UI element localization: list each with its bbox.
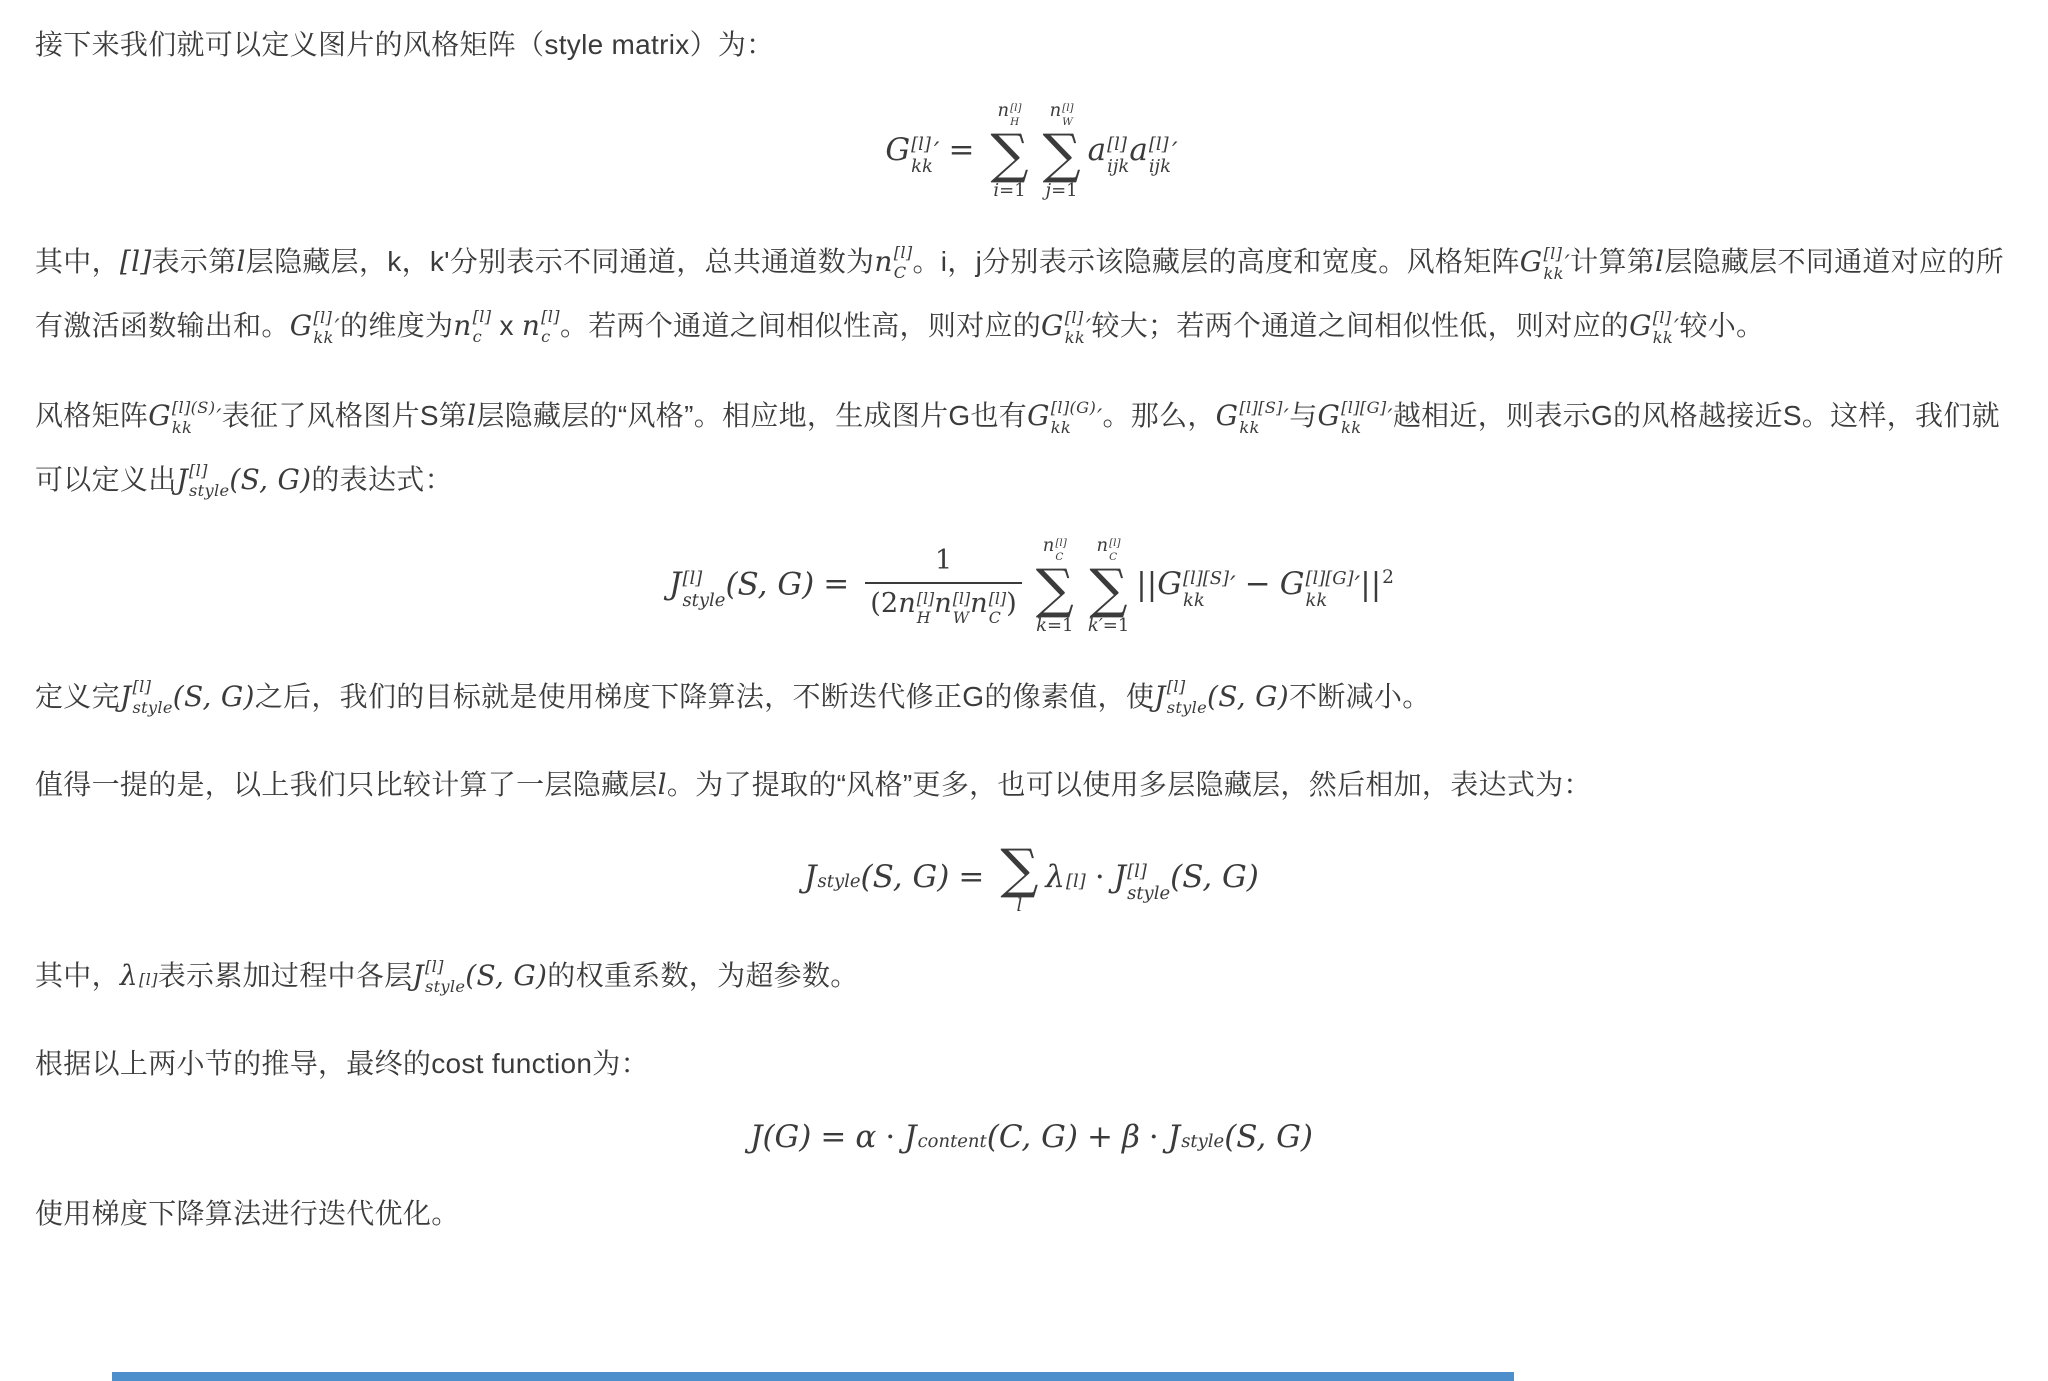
math-var-base: J <box>1168 1122 1180 1153</box>
math-script-stack: [l]W <box>953 591 970 627</box>
sigma-symbol: ∑ <box>1090 565 1128 614</box>
text-run: 风格矩阵 <box>35 400 148 431</box>
math-script-stack: [l]H <box>917 591 934 627</box>
math-number: =1 <box>999 182 1026 201</box>
intro-style-matrix-paragraph: 接下来我们就可以定义图片的风格矩阵（style matrix）为： <box>35 14 2028 76</box>
text-run: 根据以上两小节的推导，最终的cost function为： <box>35 1048 649 1079</box>
math-var: J[l]style <box>177 449 230 511</box>
math-sup: [l][G] <box>1341 400 1386 416</box>
math-script-stack: [l]C <box>989 591 1006 627</box>
text-run: 的表达式： <box>311 464 453 495</box>
math-prime: ′ <box>1230 574 1236 599</box>
math-sub: kk <box>313 330 333 346</box>
math-script-stack: [l][S]kk <box>1239 400 1282 436</box>
math-identifier: l <box>237 245 246 278</box>
math-var-base: G <box>1520 231 1543 293</box>
math-sub: content <box>918 1133 987 1151</box>
math-sup: [l] <box>1653 310 1672 326</box>
math-var-base: J <box>1154 666 1166 728</box>
math-superscript: 2 <box>1382 567 1394 588</box>
summation-lower-limit: i=1 <box>993 182 1025 201</box>
math-script-stack: [l]ijk <box>1149 136 1171 176</box>
article-page: 接下来我们就可以定义图片的风格矩阵（style matrix）为：G[l]kk′… <box>0 0 2048 1381</box>
math-sup: [l] <box>1127 863 1147 881</box>
math-var-base: n <box>453 295 471 357</box>
text-run: 不断减小。 <box>1289 681 1431 712</box>
math-sub: ijk <box>1107 158 1129 176</box>
math-sub: style <box>682 592 725 610</box>
math-var-base: J <box>412 945 424 1007</box>
math-number: || <box>1360 566 1381 602</box>
summation: ∑l <box>1000 842 1038 916</box>
math-sup: [l] <box>1010 103 1021 113</box>
summation: n[l]W∑j=1 <box>1043 102 1081 201</box>
math-identifier: (G) <box>762 1119 811 1155</box>
math-identifier: (S, G) <box>1207 680 1289 713</box>
math-sub: c <box>541 329 550 345</box>
math-var-base: n <box>874 231 892 293</box>
iterative-optimization-paragraph: 使用梯度下降算法进行迭代优化。 <box>35 1183 2028 1245</box>
math-operator: − <box>1245 566 1271 602</box>
math-sub: kk <box>1183 592 1205 610</box>
math-var-base: n <box>998 102 1010 121</box>
math-identifier: (S, G) <box>229 463 311 496</box>
summation-lower-limit: k′=1 <box>1088 617 1129 636</box>
sigma-symbol: ∑ <box>991 130 1029 179</box>
math-var: G[l]kk′ <box>1041 295 1091 359</box>
math-var: G[l][G]kk′ <box>1280 569 1361 609</box>
article-body: 接下来我们就可以定义图片的风格矩阵（style matrix）为：G[l]kk′… <box>35 14 2028 1245</box>
math-sup: [l] <box>1149 136 1169 154</box>
math-sup: [l] <box>189 463 208 479</box>
sigma-symbol: ∑ <box>1036 565 1074 614</box>
math-sup: [l] <box>894 245 913 261</box>
math-script-stack: [l]style <box>189 463 229 499</box>
math-var: n[l]c <box>522 295 560 357</box>
math-sub: C <box>989 610 1001 626</box>
text-run: 之后，我们的目标就是使用梯度下降算法，不断迭代修正G的像素值，使 <box>255 681 1154 712</box>
text-run: 定义完 <box>35 681 120 712</box>
math-var-base: n <box>1043 537 1055 556</box>
text-run: 的权重系数，为超参数。 <box>547 960 858 991</box>
math-sup: [l] <box>911 136 931 154</box>
math-script-stack: [l]H <box>1010 103 1021 128</box>
math-var-base: G <box>148 385 171 447</box>
math-sub: c <box>473 329 482 345</box>
text-run: 接下来我们就可以定义图片的风格矩阵（style matrix）为： <box>35 29 774 60</box>
math-operator: = <box>823 566 849 602</box>
math-identifier: l <box>1655 245 1664 278</box>
math-var-base: J <box>120 666 132 728</box>
math-var: J[l]style <box>120 666 173 728</box>
math-var-base: G <box>1629 295 1652 357</box>
math-var: G[l][G]kk′ <box>1318 385 1393 449</box>
math-number: || <box>1136 566 1157 602</box>
math-sub: H <box>1010 117 1019 127</box>
math-identifier: k′ <box>1088 617 1103 636</box>
text-run: 层隐藏层，k，k'分别表示不同通道，总共通道数为 <box>246 246 875 277</box>
style-cost-layer-formula: J[l]style(S, G)=1(2n[l]Hn[l]Wn[l]C)n[l]C… <box>35 537 2028 636</box>
text-run: 表示第 <box>152 246 237 277</box>
math-var: G[l][S]kk′ <box>1157 569 1236 609</box>
math-var-base: G <box>1318 385 1341 447</box>
gradient-descent-goal-paragraph: 定义完J[l]style(S, G)之后，我们的目标就是使用梯度下降算法，不断迭… <box>35 666 2028 728</box>
math-script-stack: [l]kk <box>1065 310 1085 346</box>
text-run: 计算第 <box>1570 246 1655 277</box>
math-var: n[l]H <box>898 590 934 626</box>
math-sup: [l](G) <box>1051 400 1096 416</box>
math-operator: · <box>1095 859 1105 895</box>
math-var: λ[l] <box>120 945 158 1007</box>
math-identifier: (S, G) <box>1170 859 1259 895</box>
math-var: G[l]kk′ <box>290 295 340 359</box>
math-var-base: n <box>1097 537 1109 556</box>
style-matrix-formula: G[l]kk′=n[l]H∑i=1n[l]W∑j=1a[l]ijka[l]ijk… <box>35 102 2028 201</box>
math-sup: [l] <box>541 309 560 325</box>
math-operator: = <box>949 132 975 168</box>
math-var: J[l]style <box>1154 666 1207 728</box>
math-sub: kk <box>911 158 933 176</box>
math-var-base: n <box>970 590 988 619</box>
math-sub: C <box>894 265 907 281</box>
summation: n[l]H∑i=1 <box>991 102 1029 201</box>
math-var-base: n <box>522 295 540 357</box>
math-sub: kk <box>1653 330 1673 346</box>
math-var-base: J <box>177 449 189 511</box>
math-var-base: n <box>898 590 916 619</box>
math-sup: [l][S] <box>1183 570 1229 588</box>
math-var-base: a <box>1088 135 1106 166</box>
math-identifier: (S, G) <box>465 959 547 992</box>
math-script-stack: [l](S)kk <box>172 400 215 436</box>
fraction-numerator: 1 <box>930 546 957 577</box>
math-sub: kk <box>1239 420 1259 436</box>
math-var: β <box>1122 1122 1140 1153</box>
math-var: n[l]C <box>874 231 912 293</box>
text-run: 。那么， <box>1102 400 1215 431</box>
math-sub: kk <box>1543 266 1563 282</box>
math-number: 1 <box>935 547 952 576</box>
math-var-base: n <box>1050 102 1062 121</box>
text-run: 较小。 <box>1679 310 1764 341</box>
math-sub: style <box>189 483 229 499</box>
math-script-stack: [l]style <box>682 570 725 610</box>
math-script-stack: [l]style <box>425 959 465 995</box>
math-sub: W <box>953 610 969 626</box>
math-identifier: (C, G) <box>987 1119 1078 1155</box>
math-identifier: (S, G) <box>1224 1119 1313 1155</box>
math-sup: [l] <box>139 972 158 988</box>
math-script-stack: [l]kk <box>313 310 333 346</box>
math-var-base: n <box>934 590 952 619</box>
style-representation-paragraph: 风格矩阵G[l](S)kk′表征了风格图片S第l层隐藏层的“风格”。相应地，生成… <box>35 385 2028 511</box>
math-sub: kk <box>1305 592 1327 610</box>
math-sub: ijk <box>1149 158 1171 176</box>
math-var: α <box>855 1122 876 1153</box>
math-var: n[l]W <box>934 590 970 626</box>
multi-layer-style-cost-formula: Jstyle(S, G)=∑lλ[l]·J[l]style(S, G) <box>35 842 2028 916</box>
fraction: 1(2n[l]Hn[l]Wn[l]C) <box>865 546 1022 626</box>
math-sub: style <box>132 700 172 716</box>
math-var: G[l]kk′ <box>1520 231 1570 295</box>
math-sub: kk <box>1051 420 1071 436</box>
text-run: 。为了提取的“风格”更多，也可以使用多层隐藏层，然后相加，表达式为： <box>667 769 1592 800</box>
total-cost-formula: J(G)=α·Jcontent(C, G)+β·Jstyle(S, G) <box>35 1121 2028 1153</box>
math-var-base: G <box>1157 569 1182 600</box>
text-run: 的维度为 <box>340 310 453 341</box>
math-sup: [l] <box>1109 538 1120 548</box>
math-sup: [l] <box>313 310 332 326</box>
math-sub: kk <box>172 420 192 436</box>
text-run: 。若两个通道之间相似性高，则对应的 <box>560 310 1041 341</box>
math-sup: [l] <box>473 309 492 325</box>
math-operator: + <box>1087 1119 1113 1155</box>
math-sup: [l](S) <box>172 400 215 416</box>
math-sub: kk <box>1341 420 1361 436</box>
math-script-stack: [l]ijk <box>1107 136 1129 176</box>
math-number: =1 <box>1047 617 1074 636</box>
math-identifier: k <box>1036 617 1047 636</box>
math-var-base: J <box>904 1122 916 1153</box>
math-script-stack: [l]W <box>1062 103 1073 128</box>
summation: n[l]C∑k′=1 <box>1088 537 1129 636</box>
math-var: J[l]style <box>412 945 465 1007</box>
math-var: J[l]style <box>1114 862 1170 902</box>
math-sup: [l] <box>1055 538 1066 548</box>
math-number: =1 <box>1051 182 1078 201</box>
math-var: λ[l] <box>1045 862 1085 893</box>
math-identifier: l <box>1016 897 1022 916</box>
math-operator: = <box>958 859 984 895</box>
math-sup: [l] <box>425 959 444 975</box>
math-number: =1 <box>1103 617 1130 636</box>
text-run: 与 <box>1289 400 1317 431</box>
math-var-base: λ <box>120 945 138 1007</box>
math-script-stack: [l][S]kk <box>1183 570 1229 610</box>
math-var: G[l]kk′ <box>1629 295 1679 359</box>
math-var: G[l][S]kk′ <box>1216 385 1290 449</box>
math-var-base: G <box>1216 385 1239 447</box>
math-sub: style <box>818 873 861 891</box>
math-var: Jstyle <box>804 862 860 893</box>
math-var-base: G <box>290 295 313 357</box>
math-var: a[l]ijk′ <box>1129 135 1177 175</box>
math-var: a[l]ijk <box>1088 135 1130 175</box>
math-script-stack: [l]c <box>541 309 560 345</box>
fraction-bar <box>865 582 1022 584</box>
math-sub: style <box>425 979 465 995</box>
math-operator: · <box>885 1119 895 1155</box>
math-script-stack: [l]style <box>1127 863 1170 903</box>
text-run: 表征了风格图片S第 <box>222 400 467 431</box>
math-var: G[l]kk′ <box>885 135 939 175</box>
math-sub: kk <box>1065 330 1085 346</box>
math-sup: [l] <box>1066 873 1086 891</box>
text-run: 表示累加过程中各层 <box>158 960 413 991</box>
math-var-base: J <box>669 569 681 600</box>
math-sup: [l][S] <box>1239 400 1282 416</box>
math-var: G[l](S)kk′ <box>148 385 222 449</box>
math-sub: C <box>1055 552 1063 562</box>
math-script-stack: [l](G)kk <box>1051 400 1096 436</box>
math-sup: [l] <box>1065 310 1084 326</box>
math-var-base: G <box>1280 569 1305 600</box>
math-sub: style <box>1167 700 1207 716</box>
math-sup: [l] <box>1107 136 1127 154</box>
math-script-stack: [l]C <box>894 245 913 281</box>
math-identifier: [l] <box>120 245 152 278</box>
math-operator: = <box>820 1119 846 1155</box>
math-var: J <box>750 1122 762 1153</box>
text-run: 其中， <box>35 246 120 277</box>
math-sup: [l] <box>953 591 970 607</box>
fraction-denominator: (2n[l]Hn[l]Wn[l]C) <box>865 589 1022 627</box>
final-cost-intro-paragraph: 根据以上两小节的推导，最终的cost function为： <box>35 1033 2028 1095</box>
math-script-stack: [l]kk <box>911 136 933 176</box>
math-script-stack: [l]C <box>1109 538 1120 563</box>
text-run: 使用梯度下降算法进行迭代优化。 <box>35 1198 460 1229</box>
math-sub: style <box>1127 885 1170 903</box>
math-var-base: G <box>1041 295 1064 357</box>
math-sup: [l] <box>1543 246 1562 262</box>
math-identifier: l <box>467 399 476 432</box>
math-identifier: (S, G) <box>173 680 255 713</box>
math-var-base: J <box>750 1122 762 1153</box>
math-sup: [l][G] <box>1305 570 1353 588</box>
math-var-base: λ <box>1045 862 1065 893</box>
math-script-stack: [l]kk <box>1653 310 1673 346</box>
sigma-symbol: ∑ <box>1000 845 1038 894</box>
math-var-base: J <box>1114 862 1126 893</box>
math-sub: W <box>1062 117 1073 127</box>
math-sup: [l] <box>1062 103 1073 113</box>
math-var-base: G <box>885 135 910 166</box>
math-var-base: G <box>1027 385 1050 447</box>
text-run: 值得一提的是，以上我们只比较计算了一层隐藏层 <box>35 769 658 800</box>
math-var-base: J <box>804 862 816 893</box>
math-sup: [l] <box>132 679 151 695</box>
math-script-stack: [l][G]kk <box>1305 570 1353 610</box>
math-number: ) <box>1006 590 1017 619</box>
math-sub: style <box>1181 1133 1224 1151</box>
math-var: Jstyle <box>1168 1122 1224 1153</box>
math-identifier: (S, G) <box>861 859 950 895</box>
math-sup: [l] <box>682 570 702 588</box>
summation-lower-limit: k=1 <box>1036 617 1073 636</box>
math-sub: H <box>917 610 931 626</box>
text-run: 层隐藏层的“风格”。相应地，生成图片G也有 <box>476 400 1027 431</box>
math-script-stack: [l]style <box>1167 679 1207 715</box>
style-matrix-explanation-paragraph: 其中，[l]表示第l层隐藏层，k，k'分别表示不同通道，总共通道数为n[l]C。… <box>35 231 2028 359</box>
math-script-stack: [l]kk <box>1543 246 1563 282</box>
math-prime: ′ <box>1172 140 1178 165</box>
math-operator: · <box>1149 1119 1159 1155</box>
math-script-stack: [l]C <box>1055 538 1066 563</box>
math-identifier: (S, G) <box>725 566 814 602</box>
text-run: 。i，j分别表示该隐藏层的高度和宽度。风格矩阵 <box>912 246 1519 277</box>
math-identifier: l <box>658 768 667 801</box>
math-script-stack: [l][G]kk <box>1341 400 1386 436</box>
math-var: Jcontent <box>904 1122 987 1153</box>
math-prime: ′ <box>934 140 940 165</box>
partial-image-top-bar <box>112 1372 1514 1381</box>
sigma-symbol: ∑ <box>1043 130 1081 179</box>
text-run: x <box>491 310 521 341</box>
text-run: 较大；若两个通道之间相似性低，则对应的 <box>1091 310 1629 341</box>
math-sup: [l] <box>1167 679 1186 695</box>
lambda-weight-paragraph: 其中，λ[l]表示累加过程中各层J[l]style(S, G)的权重系数，为超参… <box>35 945 2028 1007</box>
summation-lower-limit: l <box>1016 897 1022 916</box>
text-run: 其中， <box>35 960 120 991</box>
math-var: J[l]style <box>669 569 725 609</box>
multi-layer-note-paragraph: 值得一提的是，以上我们只比较计算了一层隐藏层l。为了提取的“风格”更多，也可以使… <box>35 754 2028 816</box>
math-script-stack: [l]c <box>473 309 492 345</box>
math-var-base: β <box>1122 1122 1140 1153</box>
math-number: (2 <box>870 590 898 619</box>
math-sup: [l] <box>989 591 1006 607</box>
math-sub: C <box>1109 552 1117 562</box>
math-var-base: a <box>1129 135 1147 166</box>
math-script-stack: [l]style <box>132 679 172 715</box>
math-var: G[l](G)kk′ <box>1027 385 1102 449</box>
math-var: n[l]C <box>970 590 1006 626</box>
summation-lower-limit: j=1 <box>1046 182 1078 201</box>
math-sup: [l] <box>917 591 934 607</box>
math-var-base: α <box>855 1122 876 1153</box>
math-var: n[l]c <box>453 295 491 357</box>
summation: n[l]C∑k=1 <box>1036 537 1074 636</box>
